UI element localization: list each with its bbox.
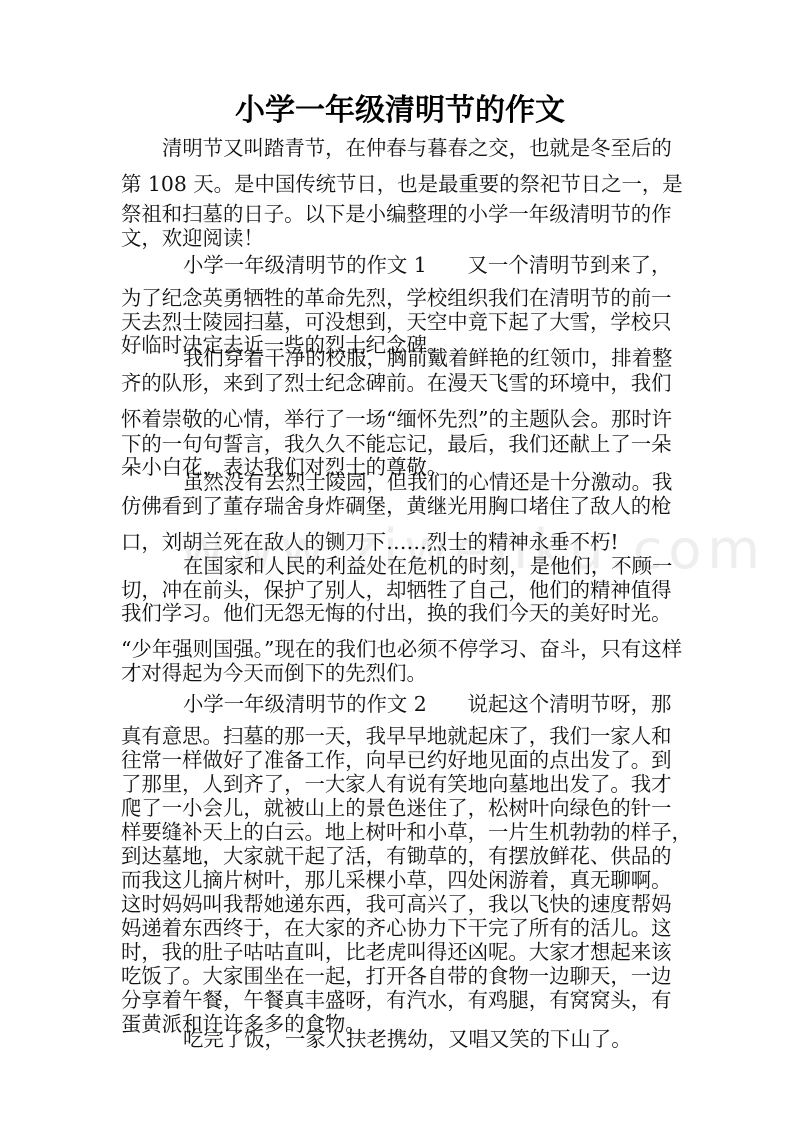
- text-line: 文，欢迎阅读！: [121, 226, 666, 250]
- text-line: 往常一样做好了准备工作，向早已约好地见面的点出发了。到: [121, 748, 666, 772]
- text-line: 下的一句句誓言，我久久不能忘记，最后，我们还献上了一朵: [121, 432, 666, 456]
- text-line: 怀着崇敬的心情，举行了一场“缅怀先烈”的主题队会。那时许: [121, 407, 666, 431]
- text-line: 才对得起为今天而倒下的先烈们。: [121, 661, 666, 685]
- text-line: 为了纪念英勇牺牲的革命先烈，学校组织我们在清明节的前一: [121, 286, 666, 310]
- text-line: 小学一年级清明节的作文 1 又一个清明节到来了，: [183, 253, 666, 277]
- text-line: 在国家和人民的利益处在危机的时刻，是他们，不顾一: [183, 554, 666, 578]
- text-line: 真有意思。扫墓的那一天，我早早地就起床了，我们一家人和: [121, 724, 666, 748]
- document-title: 小学一年级清明节的作文: [0, 92, 800, 130]
- text-line: 第 108 天。是中国传统节日，也是最重要的祭祀节日之一，是: [121, 172, 666, 196]
- text-line: 妈递着东西终于，在大家的齐心协力下干完了所有的活儿。这: [121, 916, 666, 940]
- text-line: 爬了一小会儿，就被山上的景色迷住了，松树叶向绿色的针一: [121, 796, 666, 820]
- text-line: 我们学习。他们无怨无悔的付出，换的我们今天的美好时光。: [121, 601, 666, 625]
- text-line: 虽然没有去烈士陵园，但我们的心情还是十分激动。我: [183, 470, 666, 494]
- text-line: 我们穿着干净的校服，胸前戴着鲜艳的红领巾，排着整: [183, 346, 666, 370]
- text-line: 口，刘胡兰死在敌人的铡刀下……烈士的精神永垂不朽!: [121, 530, 666, 554]
- text-line: 样要缝补天上的白云。地上树叶和小草，一片生机勃勃的样子，: [121, 820, 666, 844]
- text-line: 了那里，人到齐了，一大家人有说有笑地向墓地出发了。我才: [121, 772, 666, 796]
- text-line: 时，我的肚子咕咕直叫，比老虎叫得还凶呢。大家才想起来该: [121, 940, 666, 964]
- text-line: 天去烈士陵园扫墓，可没想到，天空中竟下起了大雪，学校只: [121, 310, 666, 334]
- text-line: 小学一年级清明节的作文 2 说起这个清明节呀，那: [183, 692, 666, 716]
- text-line: 齐的队形，来到了烈士纪念碑前。在漫天飞雪的环境中，我们: [121, 371, 666, 395]
- document-page: 小学一年级清明节的作文 www.ziwenku.com 清明节又叫踏青节，在仲春…: [0, 0, 800, 1132]
- text-line: 清明节又叫踏青节，在仲春与暮春之交，也就是冬至后的: [162, 136, 666, 160]
- text-line: 到达墓地，大家就干起了活，有锄草的，有摆放鲜花、供品的: [121, 844, 666, 868]
- text-line: 吃完了饭，一家人扶老携幼，又唱又笑的下山了。: [183, 1027, 666, 1051]
- text-line: “少年强则国强。”现在的我们也必须不停学习、奋斗，只有这样: [121, 637, 666, 661]
- text-line: 仿佛看到了董存瑞舍身炸碉堡，黄继光用胸口堵住了敌人的枪: [121, 494, 666, 518]
- text-line: 分享着午餐，午餐真丰盛呀，有汽水，有鸡腿，有窝窝头，有: [121, 988, 666, 1012]
- text-line: 切，冲在前头，保护了别人，却牺牲了自己，他们的精神值得: [121, 578, 666, 602]
- text-line: 吃饭了。大家围坐在一起，打开各自带的食物一边聊天，一边: [121, 964, 666, 988]
- text-line: 这时妈妈叫我帮她递东西，我可高兴了，我以飞快的速度帮妈: [121, 892, 666, 916]
- text-line: 而我这儿摘片树叶，那儿采棵小草，四处闲游着，真无聊啊。: [121, 868, 666, 892]
- text-line: 祭祖和扫墓的日子。以下是小编整理的小学一年级清明节的作: [121, 202, 666, 226]
